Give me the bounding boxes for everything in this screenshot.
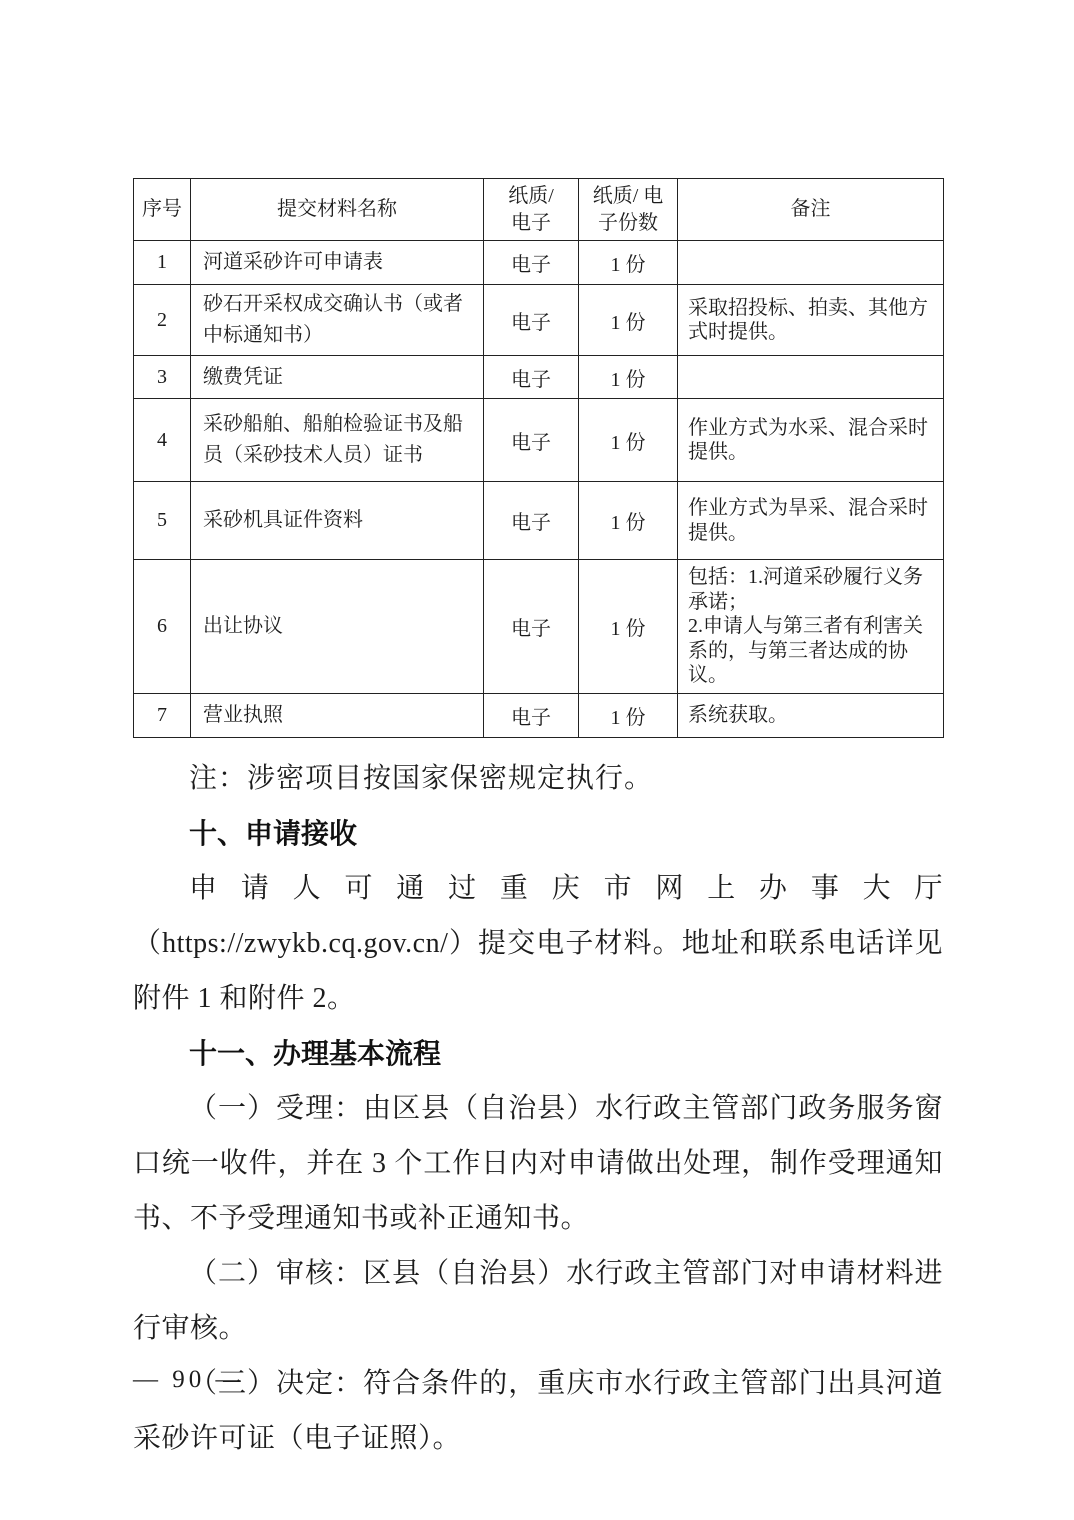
cell-copies: 1 份 <box>579 285 678 356</box>
cell-name: 出让协议 <box>191 560 484 694</box>
section-heading-11: 十一、办理基本流程 <box>133 1026 943 1081</box>
page-content: 序号 提交材料名称 纸质/ 电子 纸质/ 电 子份数 备注 1 河道采砂许可申请… <box>133 178 943 1466</box>
cell-remark <box>678 241 944 285</box>
cell-medium: 电子 <box>484 482 579 560</box>
table-row: 7 营业执照 电子 1 份 系统获取。 <box>134 693 944 737</box>
cell-remark: 采取招投标、拍卖、其他方式时提供。 <box>678 285 944 356</box>
table-row: 4 采砂船舶、船舶检验证书及船员（采砂技术人员）证书 电子 1 份 作业方式为水… <box>134 399 944 482</box>
table-row: 5 采砂机具证件资料 电子 1 份 作业方式为旱采、混合采时提供。 <box>134 482 944 560</box>
table-row: 1 河道采砂许可申请表 电子 1 份 <box>134 241 944 285</box>
header-no: 序号 <box>134 179 191 241</box>
cell-copies: 1 份 <box>579 356 678 399</box>
header-medium: 纸质/ 电子 <box>484 179 579 241</box>
cell-no: 7 <box>134 693 191 737</box>
cell-no: 4 <box>134 399 191 482</box>
paragraph-step-1-acceptance: （一）受理：由区县（自治县）水行政主管部门政务服务窗口统一收件，并在 3 个工作… <box>133 1081 943 1246</box>
header-remark: 备注 <box>678 179 944 241</box>
paragraph-step-3-decision: （三）决定：符合条件的，重庆市水行政主管部门出具河道采砂许可证（电子证照）。 <box>133 1356 943 1466</box>
page-number: — 90 — <box>133 1366 245 1394</box>
cell-medium: 电子 <box>484 285 579 356</box>
cell-copies: 1 份 <box>579 693 678 737</box>
cell-remark: 系统获取。 <box>678 693 944 737</box>
cell-name: 砂石开采权成交确认书（或者中标通知书） <box>191 285 484 356</box>
cell-no: 3 <box>134 356 191 399</box>
table-row: 6 出让协议 电子 1 份 包括：1.河道采砂履行义务承诺； 2.申请人与第三者… <box>134 560 944 694</box>
paragraph-step-2-review: （二）审核：区县（自治县）水行政主管部门对申请材料进行审核。 <box>133 1246 943 1356</box>
document-page: 序号 提交材料名称 纸质/ 电子 纸质/ 电 子份数 备注 1 河道采砂许可申请… <box>0 0 1074 1520</box>
header-copies: 纸质/ 电 子份数 <box>579 179 678 241</box>
cell-copies: 1 份 <box>579 399 678 482</box>
table-header-row: 序号 提交材料名称 纸质/ 电子 纸质/ 电 子份数 备注 <box>134 179 944 241</box>
cell-remark <box>678 356 944 399</box>
cell-medium: 电子 <box>484 560 579 694</box>
section-heading-10: 十、申请接收 <box>133 806 943 861</box>
cell-remark: 作业方式为水采、混合采时提供。 <box>678 399 944 482</box>
cell-no: 2 <box>134 285 191 356</box>
cell-name: 采砂机具证件资料 <box>191 482 484 560</box>
cell-name: 营业执照 <box>191 693 484 737</box>
cell-medium: 电子 <box>484 241 579 285</box>
cell-medium: 电子 <box>484 356 579 399</box>
materials-table: 序号 提交材料名称 纸质/ 电子 纸质/ 电 子份数 备注 1 河道采砂许可申请… <box>133 178 944 738</box>
cell-no: 1 <box>134 241 191 285</box>
table-row: 2 砂石开采权成交确认书（或者中标通知书） 电子 1 份 采取招投标、拍卖、其他… <box>134 285 944 356</box>
cell-copies: 1 份 <box>579 482 678 560</box>
table-note: 注：涉密项目按国家保密规定执行。 <box>133 751 943 806</box>
cell-no: 5 <box>134 482 191 560</box>
cell-copies: 1 份 <box>579 560 678 694</box>
header-name: 提交材料名称 <box>191 179 484 241</box>
cell-medium: 电子 <box>484 693 579 737</box>
cell-medium: 电子 <box>484 399 579 482</box>
cell-remark: 包括：1.河道采砂履行义务承诺； 2.申请人与第三者有利害关系的，与第三者达成的… <box>678 560 944 694</box>
cell-name: 河道采砂许可申请表 <box>191 241 484 285</box>
cell-copies: 1 份 <box>579 241 678 285</box>
page-number-text: — 90 — <box>133 1366 245 1393</box>
cell-name: 采砂船舶、船舶检验证书及船员（采砂技术人员）证书 <box>191 399 484 482</box>
cell-remark: 作业方式为旱采、混合采时提供。 <box>678 482 944 560</box>
cell-no: 6 <box>134 560 191 694</box>
cell-name: 缴费凭证 <box>191 356 484 399</box>
paragraph-application-receipt: 申请人可通过重庆市网上办事大厅（https://zwykb.cq.gov.cn/… <box>133 861 943 1026</box>
table-row: 3 缴费凭证 电子 1 份 <box>134 356 944 399</box>
